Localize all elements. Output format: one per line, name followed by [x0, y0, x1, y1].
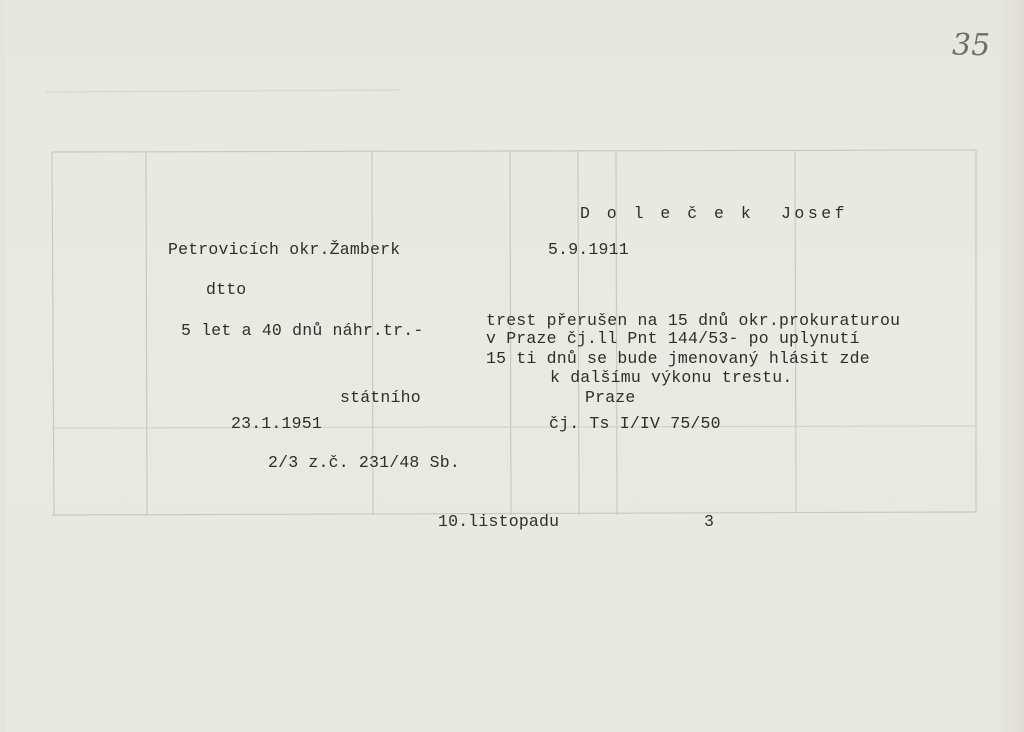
sentence: 5 let a 40 dnů náhr.tr.- — [181, 322, 423, 340]
case-number: čj. Ts I/IV 75/50 — [549, 415, 721, 433]
legal-basis: 2/3 z.č. 231/48 Sb. — [268, 454, 460, 472]
note-line-3: 15 ti dnů se bude jmenovaný hlásit zde — [486, 350, 870, 368]
person-name: D o l e č e k Josef — [580, 205, 848, 223]
birthplace: Petrovicích okr.Žamberk — [168, 241, 400, 259]
note-line-4: k dalšímu výkonu trestu. — [550, 369, 792, 387]
residence: dtto — [206, 281, 246, 299]
note-line-1: trest přerušen na 15 dnů okr.prokuraturo… — [486, 312, 900, 330]
note-line-2: v Praze čj.ll Pnt 144/53- po uplynutí — [486, 330, 860, 348]
birth-date: 5.9.1911 — [548, 241, 629, 259]
court-city: Praze — [585, 389, 636, 407]
court-type: státního — [340, 389, 421, 407]
release-date: 10.listopadu — [438, 513, 559, 531]
judgment-date: 23.1.1951 — [231, 415, 322, 433]
handwritten-page-number: 35 — [952, 28, 990, 63]
count: 3 — [704, 513, 714, 531]
